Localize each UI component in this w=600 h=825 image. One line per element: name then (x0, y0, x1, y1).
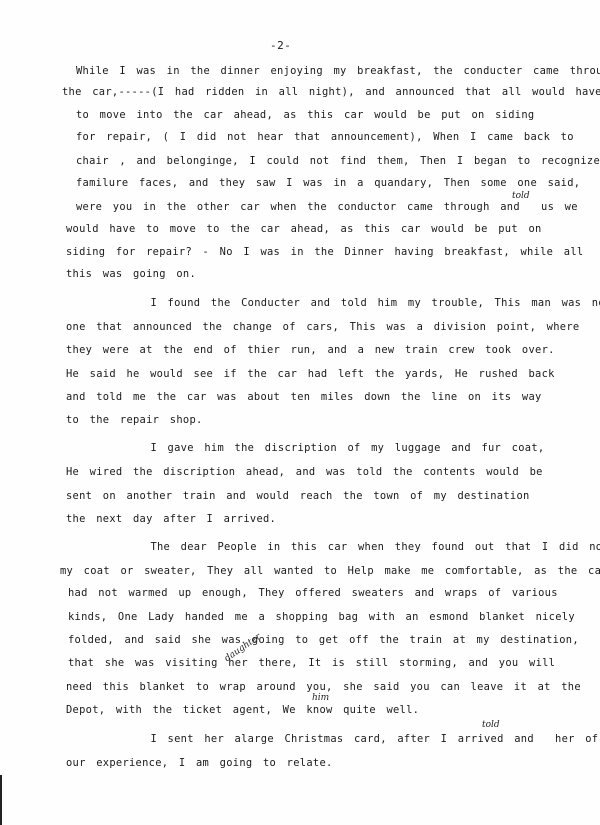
text-line: had not warmed up enough, They offered s… (68, 586, 558, 600)
text-line: chair , and belonginge, I could not find… (76, 154, 600, 168)
text-line: to the repair shop. (66, 413, 203, 427)
text-line: The dear People in this car when they fo… (66, 540, 600, 554)
text-line: He said he would see if the car had left… (66, 367, 555, 381)
text-line: the car,-----(I had ridden in all night)… (62, 85, 600, 99)
text-line: familure faces, and they saw I was in a … (76, 176, 580, 190)
handwritten-insertion: told (512, 191, 530, 201)
text-line: were you in the other car when the condu… (76, 200, 578, 214)
text-line: Depot, with the ticket agent, We know qu… (66, 703, 419, 717)
scan-edge-mark (0, 775, 2, 825)
text-line: the next day after I arrived. (66, 512, 276, 526)
text-line: our experience, I am going to relate. (66, 756, 333, 770)
text-line: I found the Conducter and told him my tr… (66, 296, 600, 310)
text-line: folded, and said she was going to get of… (68, 633, 579, 647)
text-line: my coat or sweater, They all wanted to H… (60, 564, 600, 578)
typewritten-letter-page: -2- While I was in the dinner enjoying m… (0, 0, 600, 825)
text-line: need this blanket to wrap around you, sh… (66, 680, 581, 694)
text-line: they were at the end of thier run, and a… (66, 343, 555, 357)
text-line: for repair, ( I did not hear that announ… (76, 130, 574, 144)
text-line: I gave him the discription of my luggage… (66, 441, 544, 455)
text-line: sent on another train and would reach th… (66, 489, 530, 503)
text-line: to move into the car ahead, as this car … (76, 108, 534, 122)
text-line: would have to move to the car ahead, as … (66, 222, 542, 236)
page-number: -2- (270, 39, 291, 52)
text-line: and told me the car was about ten miles … (66, 390, 542, 404)
text-line: He wired the discription ahead, and was … (66, 465, 543, 479)
text-line: this was going on. (66, 267, 196, 281)
text-line: that she was visiting her there, It is s… (68, 656, 555, 670)
handwritten-insertion: told (482, 720, 500, 730)
text-line: While I was in the dinner enjoying my br… (76, 64, 600, 78)
text-line: one that announced the change of cars, T… (66, 320, 579, 334)
text-line: kinds, One Lady handed me a shopping bag… (68, 610, 575, 624)
handwritten-insertion: him (312, 693, 329, 703)
text-line: I sent her alarge Christmas card, after … (66, 732, 598, 746)
text-line: siding for repair? - No I was in the Din… (66, 245, 583, 259)
